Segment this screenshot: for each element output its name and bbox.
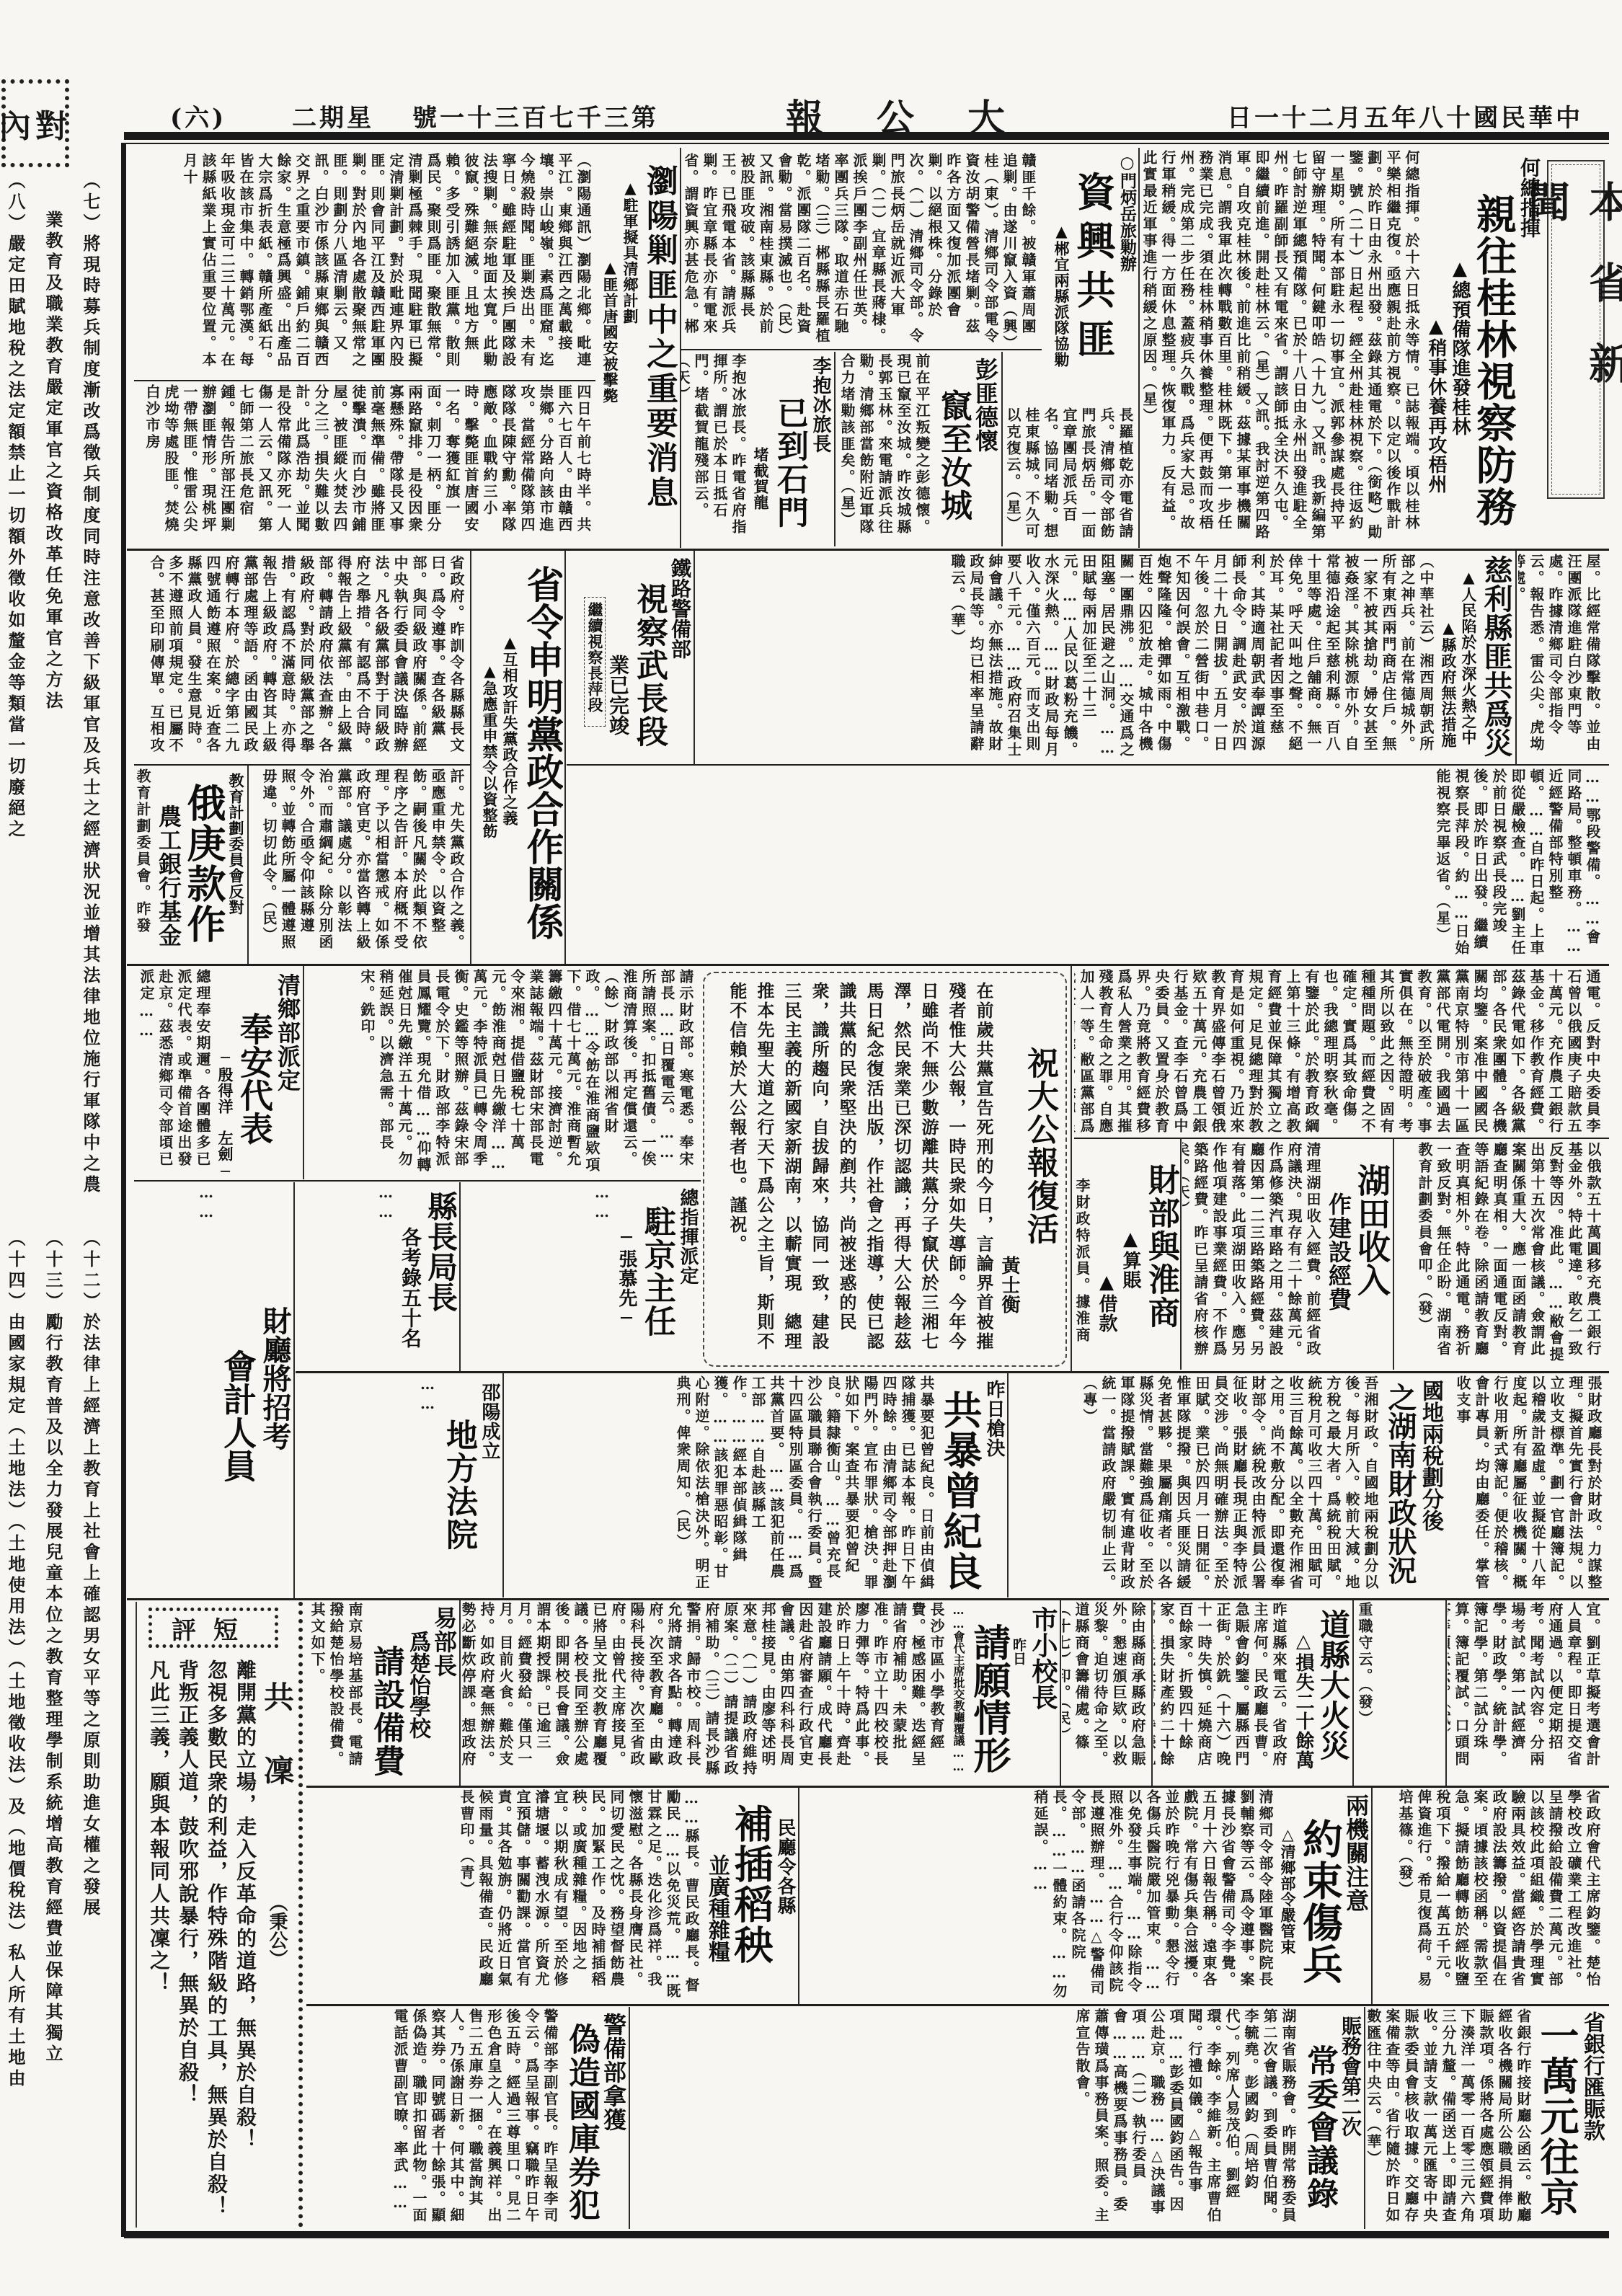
- article-guodi-tail: 重職守云。（發）: [1355, 1602, 1377, 1783]
- article-body: 屋。比經常備隊擊散。並由汪團派隊進駐白沙東門等處。昨據清鄉司令部指令云。報告悉。…: [1518, 554, 1602, 763]
- divider-rule: [1074, 1138, 1609, 1139]
- article-peng: 彭匪德懷 竄至汝城 前在平江叛變之彭德懷。現已竄至汝城。昨汝城縣長郭玉林。來電請…: [836, 353, 999, 545]
- article-kicker: 省銀行匯賑款: [1579, 2008, 1605, 2228]
- congratulation-box: 祝大公報復活 黃士衡 在前歲共黨宣告死刑的今日，言論界首被摧殘者惟大公報，一時民…: [703, 972, 1067, 1367]
- policy-item: （八）嚴定田賦地稅之法定額禁止一切額外徵收如釐金等類當一切廢絕之: [4, 172, 26, 1037]
- article-tielu-body: ……鄂段警備。……會同路局。整頓車務。……近經警備部特別整頓。……自昨日起。上車…: [567, 768, 1605, 962]
- article-body: 李抱冰旅長。昨電省府指揮所。謂已於本日抵石門。堵截賀龍殘部云。（天）: [681, 353, 748, 545]
- article-body: ……: [593, 1184, 611, 1368]
- divider-rule: [1007, 1373, 1009, 1597]
- article-kicker: 總指揮派定: [675, 1184, 699, 1368]
- article-kicker: ○門炳岳旅勦辦: [1116, 150, 1138, 404]
- article-zhujing: 總指揮派定 駐京主任 ─張慕先─ ……: [461, 1184, 699, 1368]
- article-headline: 清鄉部派定: [274, 969, 301, 1178]
- divider-rule: [1393, 1139, 1394, 1370]
- article-headline: 李抱冰旅長: [808, 353, 832, 545]
- divider-rule: [834, 352, 836, 546]
- article-subheadline: ▲借款: [1094, 1142, 1118, 1368]
- bottom-rule: [124, 2231, 1609, 2238]
- article-zixing-continued: 長羅植乾亦電省請兵。清鄉司令部飭門旅長炳岳。一面宜章團局派兵百名。協同堵勦。想桂…: [1003, 407, 1138, 546]
- article-body: 宜。劉正草擬考選會計人員章程。即日提交省府通過。以便定期招考。聞考試內容。分兩場…: [1448, 1602, 1602, 1783]
- article-body: 總理奉安期邇。各團體多已派定代表。或準備首途出發赴京。茲悉清鄉司令部頃已派定……: [137, 969, 212, 1178]
- short-comment-line: 忽視多數民衆的利益，作特殊階級的工具，無異於自殺！: [202, 1659, 231, 2222]
- article-kicker: 警備部拿獲: [600, 2008, 627, 2228]
- article-hutian: 湖田收入 作建設經費 清理湖田收入經費。前經省政府議決。現存有二十餘萬元。作爲修…: [1182, 1142, 1391, 1368]
- article-daoxian: 道縣大火災 △損失二十餘萬 昨道縣來電云。省政府主席何。民政廳長曹。急賑會鈞鑒。…: [1153, 1602, 1351, 1783]
- divider-rule: [1371, 1788, 1373, 2004]
- article-body: 通電。反對中央委員李石曾以俄國庚子賠款五十萬元。充作農工銀行基金。移作教育經費。…: [1074, 969, 1602, 1135]
- article-subheadline: ▲駐軍擬具清鄉計劃: [620, 150, 640, 546]
- issue-number: 第三千七百三十一號: [412, 98, 659, 133]
- article-body: ……縣長。曹民政廳長。督勵民……以免災荒。……既甘霖之足。迭化沴爲祥。我懷滋慰。…: [457, 1789, 701, 2002]
- short-comment-line: 背叛正義人道，鼓吹邪說暴行，無異於自殺！: [173, 1659, 202, 2222]
- article-headline: 俄庚款作: [182, 768, 226, 962]
- weekday: 星期二: [292, 98, 374, 133]
- policy-item: 業教育及職業教育嚴定軍官之資格改革任免軍官之方法: [42, 210, 63, 787]
- article-kicker: 賑務會第二次: [1338, 2008, 1362, 2228]
- divider-rule: [629, 2007, 630, 2229]
- divider-rule: [1445, 1600, 1447, 1786]
- masthead-thin-rule: [124, 143, 1609, 144]
- article-headline: 一萬元往京: [1535, 2008, 1579, 2228]
- row-rule: [127, 964, 1609, 966]
- article-shengling-headline: 省令申明黨政合作關係 ▲互相攻訐失黨政合作之義 ▲急應重申禁令以資整飭: [472, 554, 563, 962]
- newspaper-page: 對內 (六) 星期二 第三千七百三十一號 大公報 中華民國十八年五月二十一日 （…: [0, 0, 1622, 2296]
- row-rule: [127, 549, 1609, 551]
- divider-rule: [1180, 1139, 1182, 1370]
- article-caiting: 財廳將招考 會計人員 ……: [134, 1184, 292, 1596]
- article-subheadline: ▲互相攻訐失黨政合作之義: [500, 554, 520, 962]
- article-body: 贛匪千餘。被贛軍蕭周團追剿。由遂川竄入資（興）桂（東）。清鄉司令部電令資汝胡警備…: [681, 153, 1037, 346]
- article-guodi: 張財政廳長對於財政。力謀整理。擬首先實行會計法規。以立收支標準。劃一官廳簿記。以…: [1009, 1375, 1606, 1596]
- article-liangjiguan: 兩機關注意 約束傷兵 △清鄉部令嚴管束 清鄉司令部令陸軍醫院院長劉輔察等云。爲令…: [800, 1789, 1370, 2002]
- article-cili: 慈利縣匪共爲災 ▲人民陷於水深火熱之中 ▲縣政府無法措施 （中華社云）湘西周朝武…: [695, 554, 1513, 763]
- article-subheadline: ▲稍事休養再攻梧州: [1424, 150, 1448, 546]
- article-subheadline: ─殷得洋 左劍─: [215, 969, 235, 1178]
- congratulation-body: 在前歲共黨宣告死刑的今日，言論界首被摧殘者惟大公報，一時民衆如失導師。今年今日雖…: [723, 982, 997, 1357]
- article-subheadline: ▲人民陷於水深火熱之中: [1458, 554, 1479, 763]
- article-body: 吾湘財政。自國地兩稅劃分以後。每月所入。較前大減。地方稅之最大者。爲統稅田賦。統…: [1080, 1375, 1380, 1596]
- divider-rule: [134, 380, 595, 381]
- article-daoxian-continued: 除由縣商承縣政府急賑外。懇速頒巨欵。以救災黎。迫切待命之至。道縣商會籌備處。篠（…: [1062, 1602, 1150, 1783]
- article-headline: 請願情形: [967, 1602, 1009, 1783]
- divider-rule: [296, 1371, 1609, 1373]
- article-kicker: 邵陽成立: [477, 1375, 501, 1596]
- article-xianzhang: 縣長局長 各考錄五十名 ……: [296, 1184, 458, 1368]
- article-headline: 之湖南財政狀況: [1383, 1375, 1417, 1596]
- divider-rule: [459, 1182, 461, 1371]
- article-body: 省銀行昨接財廳公函云。敝廳經收各機關局所公職員捐俸助賑款項。係將各處應領經費項下…: [1366, 2008, 1533, 2228]
- article-headline: 駐京主任: [638, 1184, 675, 1368]
- article-headline: 視察武長段: [630, 554, 668, 763]
- article-headline: 地方法院: [440, 1375, 477, 1596]
- divider-rule: [502, 1373, 504, 1597]
- policy-item: （十二）於法律上經濟上教育上社會上確認男女平等之原則助進女權之發展: [79, 1229, 101, 2022]
- divider-rule: [134, 1180, 701, 1182]
- left-strip-border: [121, 143, 126, 2237]
- article-headline: 約束傷兵: [1298, 1789, 1342, 2002]
- column-label: 對內: [0, 100, 71, 146]
- divider-rule: [680, 148, 681, 548]
- divider-rule: [134, 764, 470, 766]
- article-subheadline: 業已完竣: [606, 554, 630, 763]
- article-zengjiliang: 昨日槍決 共暴曾紀良 共暴要犯曾紀良。日前由偵緝隊捕獲。已誌本報。昨日下午四時餘…: [505, 1375, 1006, 1596]
- article-kicker: 教育計劃委員會反對: [226, 768, 246, 962]
- divider-rule: [1364, 2007, 1365, 2229]
- date: 中華民國十八年五月二十一日: [1227, 98, 1583, 133]
- divider-rule: [306, 2004, 1609, 2006]
- article-body: 前在平江叛變之彭德懷。現已竄至汝城。昨汝城縣長郭玉林。來電請派兵往勦。清鄉部當飭…: [838, 353, 931, 545]
- article-subheadline: ▲總預備隊進發桂林: [1448, 150, 1471, 546]
- short-comment-author: （秉公）: [260, 1893, 294, 1968]
- article-shengling-continued: 訐。尤失黨政合作之義。亟應重申禁令。以資整飭。嗣後凡關於此類不依程序之告訐。本府…: [249, 768, 469, 962]
- divider-rule: [459, 1600, 461, 1786]
- article-body: 清鄉司令部令陸軍醫院院長劉輔察等云。爲令遵事。案據長沙省會警備司令李覺。五月十六…: [1031, 1789, 1275, 2002]
- article-headline: 會計人員: [218, 1184, 257, 1596]
- divider-rule: [1138, 148, 1140, 548]
- column-label-box: 對內: [1, 79, 69, 167]
- article-subheadline: △損失二十餘萬: [1291, 1602, 1315, 1783]
- article-body: 張財政廳長對於財政。力謀整理。擬首先實行會計法規。以立收支標準。劃一官廳簿記。以…: [1443, 1375, 1603, 1596]
- article-body: 四日午前七時半。共匪六七百人。由贛西崇鄉。分路向該市進攻。當經常備隊第四隊隊長陳…: [143, 384, 593, 546]
- divider-rule: [681, 349, 1042, 350]
- short-comment-line: 凡此三義，願與本報同人共凜之！: [144, 1659, 173, 2222]
- short-comment-label-box: 短評: [149, 1608, 278, 1648]
- short-comment-content: 共凜（秉公） 離開黨的立場，走入反革命的道路，無異於自殺！ 忽視多數民衆的利益，…: [141, 1659, 294, 2222]
- article-weizao: 警備部拿獲 偽造國庫券犯 警備部李副官長。昨呈報李司令云。爲呈報事。竊職昨日午後…: [306, 2008, 627, 2228]
- article-headline: 道縣大火災: [1315, 1602, 1351, 1783]
- article-hezong: 何總指揮 親往桂林視察防務 ▲總預備隊進發桂林 ▲稍事休養再攻梧州 何總指揮。於…: [1140, 150, 1542, 546]
- article-body: 清理湖田收入經費。前經省政府議決。現存有二十餘萬元。作爲修築汽車路之用。茲建設廳…: [1182, 1142, 1322, 1368]
- article-kicker: 民廳令各縣: [773, 1789, 797, 2002]
- article-body: 訐。尤失黨政合作之義。亟應重申禁令。以資整飭。嗣後凡關於此類不依程序之告訐。本府…: [260, 768, 466, 962]
- short-comment-box: 短評 共凜（秉公） 離開黨的立場，走入反革命的道路，無異於自殺！ 忽視多數民衆的…: [136, 1602, 303, 2228]
- policy-item: （十四）由國家規定（土地法）（土地使用法）（土地徵收法）及（地價稅法）私人所有土…: [4, 1229, 26, 2181]
- divider-rule: [1151, 1600, 1153, 1786]
- article-body: ……: [418, 1375, 437, 1596]
- article-subheadline: 爲楚怡學校: [404, 1602, 430, 1783]
- article-body: 李財政特派員。據淮商: [1073, 1142, 1091, 1368]
- article-headline: 親往桂林視察防務: [1471, 150, 1516, 546]
- divider-rule: [798, 1788, 799, 2004]
- short-comment-line: 離開黨的立場，走入反革命的道路，無異於自殺！: [231, 1659, 260, 2222]
- article-kicker: 何總指揮: [1516, 150, 1542, 546]
- article-body: 教育計劃委員會。昨發: [134, 768, 152, 962]
- divider-rule: [303, 966, 304, 1179]
- divider-rule: [1060, 1600, 1061, 1786]
- article-subheadline: 各考錄五十名: [398, 1184, 422, 1368]
- article-kicker: 市小校長: [1028, 1602, 1058, 1783]
- section-label-box: 本省新聞: [1547, 160, 1605, 499]
- divider-rule: [293, 1182, 295, 1598]
- article-body: 湖南省賑務會。昨開常務委員第二次會議。到委員曹伯聞。李毓堯。彭國鈞（周培鈞代）。…: [1073, 2008, 1298, 2228]
- article-headline: 農工銀行基金: [155, 768, 182, 962]
- divider-rule: [567, 764, 1609, 766]
- divider-rule: [1515, 551, 1517, 764]
- page-number: (六): [170, 98, 226, 133]
- article-subheadline: △清鄉部令嚴管束: [1277, 1789, 1298, 2002]
- article-subheadline: ─張慕先─: [614, 1184, 638, 1368]
- row-rule: [127, 1598, 1609, 1600]
- policy-item: （十三）勵行教育普及以全力發展兒童本位之教育整理學制系統增高教育經費並保障其獨立: [42, 1229, 63, 2181]
- article-kicker-small: 昨日: [1009, 1602, 1028, 1783]
- short-comment-title: 共: [260, 1681, 294, 1711]
- policy-item: （七）將現時募兵制度漸改爲徵兵制度同時注意改善下級軍官及兵士之經濟狀況並增其法律…: [79, 172, 101, 1224]
- article-headline: 請設備費: [367, 1602, 404, 1783]
- article-headline: 常委會議錄: [1300, 2008, 1338, 2228]
- article-changwei: 賑務會第二次 常委會議錄 湖南省賑務會。昨開常務委員第二次會議。到委員曹伯聞。李…: [631, 2008, 1362, 2228]
- article-body: ……鄂段警備。……會同路局。整頓車務。……近經警備部特別整頓。……自昨日起。上車…: [1433, 768, 1602, 962]
- article-body: 省政府。昨訓令各縣縣長文曰。爲令遵事。查各級黨部。與同級政府關係。前經中央執行委…: [147, 555, 466, 761]
- article-subheadline: ▲郴宜兩縣派隊協勦: [1051, 150, 1071, 404]
- article-liuyang-tail: 屋。比經常備隊擊散。並由汪團派隊進駐白沙東門等處。昨據清鄉司令部指令云。報告悉。…: [1518, 554, 1605, 763]
- article-headline: 作建設經費: [1325, 1142, 1352, 1368]
- article-zixing-body: 贛匪千餘。被贛軍蕭周團追剿。由遂川竄入資（興）桂（東）。清鄉司令部電令資汝胡警備…: [681, 153, 1040, 346]
- article-zixing-headline: ○門炳岳旅勦辦 資興共匪 ▲郴宜兩縣派隊協勦: [1044, 150, 1138, 404]
- article-headline: 瀏陽剿匪中之重要消息: [640, 150, 678, 546]
- article-headline: 已到石門: [771, 353, 808, 545]
- article-eguangkuan-continued: 通電。反對中央委員李石曾以俄國庚子賠款五十萬元。充作農工銀行基金。移作教育經費。…: [1074, 969, 1605, 1135]
- article-headline: 彭匪德懷: [972, 353, 999, 545]
- article-shengling-body: 省政府。昨訓令各縣縣長文曰。爲令遵事。查各級黨部。與同級政府關係。前經中央執行委…: [134, 555, 469, 761]
- article-kicker: 易部長: [430, 1602, 458, 1783]
- article-headline: 財廳將招考: [257, 1184, 292, 1596]
- article-kicker: 兩機關注意: [1342, 1789, 1370, 2002]
- article-body: 重職守云。（發）: [1355, 1602, 1374, 1783]
- article-body: 長沙市區小學教育經費。極感困難。迭經呈請省府補助。未蒙批准。昨市立十四校校長廖力…: [461, 1602, 946, 1783]
- article-liuyang-headline: 瀏陽剿匪中之重要消息 ▲駐軍擬具清鄉計劃 ▲匪首唐國安被擊斃: [597, 150, 678, 546]
- article-subheadline: ▲急應重申禁令以資整飭: [479, 554, 500, 962]
- article-body: 省政府會代主席鈞鑒。楚怡學校改立礦業工程改進社。呈請撥給設備費二萬元。部以該校此…: [1396, 1789, 1602, 2002]
- article-subheadline: ▲匪首唐國安被擊斃: [600, 150, 620, 546]
- divider-rule: [470, 551, 471, 964]
- article-body: 南京易培基部長。電請撥給楚怡學校設備費。其文如下。: [308, 1602, 364, 1783]
- article-headline: 國地兩稅劃分後: [1417, 1375, 1443, 1596]
- article-li: 李抱冰旅長 已到石門 堵截賀龍 李抱冰旅長。昨電省府指揮所。謂已於本日抵石門。堵…: [681, 353, 832, 545]
- article-qingxiang: 清鄉部派定 奉安代表 ─殷得洋 左劍─ 總理奉安期邇。各團體多已派定代表。或準備…: [134, 969, 301, 1178]
- boxed-subheadline: 繼續視察長萍段: [584, 597, 606, 727]
- article-kicker: 鐵路警備部: [668, 554, 692, 763]
- article-body: 何總指揮。於十六日抵永等情。已誌報端。頃以桂林平樂相繼克復。亟應親赴前方視察。以…: [1140, 150, 1421, 546]
- article-headline: 資興共匪: [1071, 150, 1116, 404]
- article-subheadline: 並廣種雜糧: [704, 1789, 730, 2002]
- article-headline: 奉安代表: [235, 969, 274, 1178]
- short-comment-title: 凜: [260, 1755, 294, 1785]
- article-body: 除由縣商承縣政府急賑外。懇速頒巨欵。以救災黎。迫切待命之至。道縣商會籌備處。篠（…: [1062, 1602, 1147, 1783]
- article-eguangkuan-headline: 教育計劃委員會反對 俄庚款作 農工銀行基金 教育計劃委員會。昨發: [134, 768, 246, 962]
- article-body: 昨道縣來電云。省政府主席何。民政廳長曹。急賑會鈞鑒。屬縣西門正街。於銑（十六）晚…: [1153, 1602, 1288, 1783]
- short-comment-label: 短評: [172, 1610, 255, 1646]
- article-caiting-continued: 宜。劉正草擬考選會計人員章程。即日提交省府通過。以便定期招考。聞考試內容。分兩場…: [1448, 1602, 1605, 1783]
- article-headline: 財部與淮商: [1142, 1142, 1179, 1368]
- divider-rule: [1001, 352, 1003, 546]
- article-body: 長羅植乾亦電省請兵。清鄉司令部飭門旅長炳岳。一面宜章團局派兵百名。協同堵勦。想桂…: [1003, 407, 1135, 546]
- article-buchang: 民廳令各縣 補插稻秧 並廣種雜糧 ……縣長。曹民政廳長。督勵民……以免災荒。………: [306, 1789, 797, 2002]
- article-liuyang-body: （瀏陽通訊）瀏陽北鄉。毗連平江。東鄉與江西之萬載接壤。崇山峻嶺。素爲匪窟。迄今燒…: [134, 153, 595, 378]
- article-subheadline: 堵截賀龍: [750, 353, 771, 545]
- article-subheadline: ▲算賬: [1118, 1142, 1142, 1368]
- article-headline: 竄至汝城: [934, 353, 972, 545]
- divider-rule: [247, 766, 249, 964]
- article-body: 以俄款五十萬圓移充農工銀行基金外。特此電達。敢乞一致反對等因。准此。……敝會提出…: [1415, 1142, 1603, 1368]
- article-tielu-headline: 鐵路警備部 視察武長段 業已完竣 繼續視察長萍段: [567, 554, 692, 763]
- article-body: ……: [197, 1184, 216, 1596]
- congratulation-author: 黃士衡: [997, 982, 1021, 1357]
- article-subheadline: ……會代主席批交教廳覆議……: [949, 1602, 967, 1783]
- article-body: ……: [376, 1184, 395, 1368]
- article-yipeiji-continued: 省政府會代主席鈞鑒。楚怡學校改立礦業工程改進社。呈請撥給設備費二萬元。部以該校此…: [1373, 1789, 1605, 2002]
- article-headline: 省令申明黨政合作關係: [520, 554, 563, 962]
- article-body: （中華社云）湘西周朝武所部之神兵。前在常德城外。所有東西兩門商店住戶。無一家不被…: [948, 554, 1435, 763]
- divider-rule: [1071, 966, 1072, 1371]
- article-headline: 偽造國庫券犯: [562, 2008, 600, 2228]
- divider-rule: [693, 551, 695, 764]
- short-comment-title-column: 共凜（秉公）: [260, 1659, 294, 2222]
- masthead-rule: [124, 132, 1609, 140]
- article-caibu-body: 請示財政部。寒電悉。奉宋部長……日覆電云。……所請照案。扣抵舊債。一俟淮商清算後…: [305, 969, 698, 1178]
- article-yinhang: 省銀行匯賑款 一萬元往京 省銀行昨接財廳公函云。敝廳經收各機關局所公職員捐俸助賑…: [1366, 2008, 1605, 2228]
- congratulation-title: 祝大公報復活: [1021, 982, 1058, 1357]
- divider-rule: [1352, 1600, 1354, 1786]
- article-headline: 縣長局長: [422, 1184, 458, 1368]
- article-headline: 補插稻秧: [730, 1789, 773, 2002]
- article-xiaoxiao: 市小校長 昨日 請願情形 ……會代主席批交教廳覆議…… 長沙市區小學教育經費。極…: [461, 1602, 1058, 1783]
- divider-rule: [306, 1786, 1609, 1788]
- article-body: 警備部李副官長。昨呈報李司令云。爲呈報事。竊職昨日午後五時。經過三尊里口。見二形…: [391, 2008, 559, 2228]
- article-headline: 共暴曾紀良: [939, 1375, 982, 1596]
- article-kicker: 昨日槍決: [982, 1375, 1006, 1596]
- article-body: （瀏陽通訊）瀏陽北鄉。毗連平江。東鄉與江西之萬載接壤。崇山峻嶺。素爲匪窟。迄今燒…: [180, 153, 593, 378]
- article-headline: 湖田收入: [1352, 1142, 1391, 1368]
- article-body: 請示財政部。寒電悉。奉宋部長……日覆電云。……所請照案。扣抵舊債。一俟淮商清算後…: [358, 969, 695, 1178]
- article-headline: 慈利縣匪共爲災: [1479, 554, 1513, 763]
- article-caibu-headline: 財部與淮商 ▲算賬 ▲借款 李財政特派員。據淮商: [1073, 1142, 1179, 1368]
- article-eguangkuan-tail: 以俄款五十萬圓移充農工銀行基金外。特此電達。敢乞一致反對等因。准此。……敝會提出…: [1395, 1142, 1605, 1368]
- article-body: 共暴要犯曾紀良。日前由偵緝隊捕獲。已誌本報。昨日下午四時餘。由清鄉司令部押赴瀏陽…: [673, 1375, 936, 1596]
- article-liuyang-continued: 四日午前七時半。共匪六七百人。由贛西崇鄉。分路向該市進攻。當經常備隊第四隊隊長陳…: [134, 384, 595, 546]
- article-yipeiji: 易部長 爲楚怡學校 請設備費 南京易培基部長。電請撥給楚怡學校設備費。其文如下。: [306, 1602, 458, 1783]
- divider-rule: [564, 551, 566, 964]
- article-shaoyang: 邵陽成立 地方法院 ……: [296, 1375, 501, 1596]
- article-subheadline: ▲縣政府無法措施: [1438, 554, 1458, 763]
